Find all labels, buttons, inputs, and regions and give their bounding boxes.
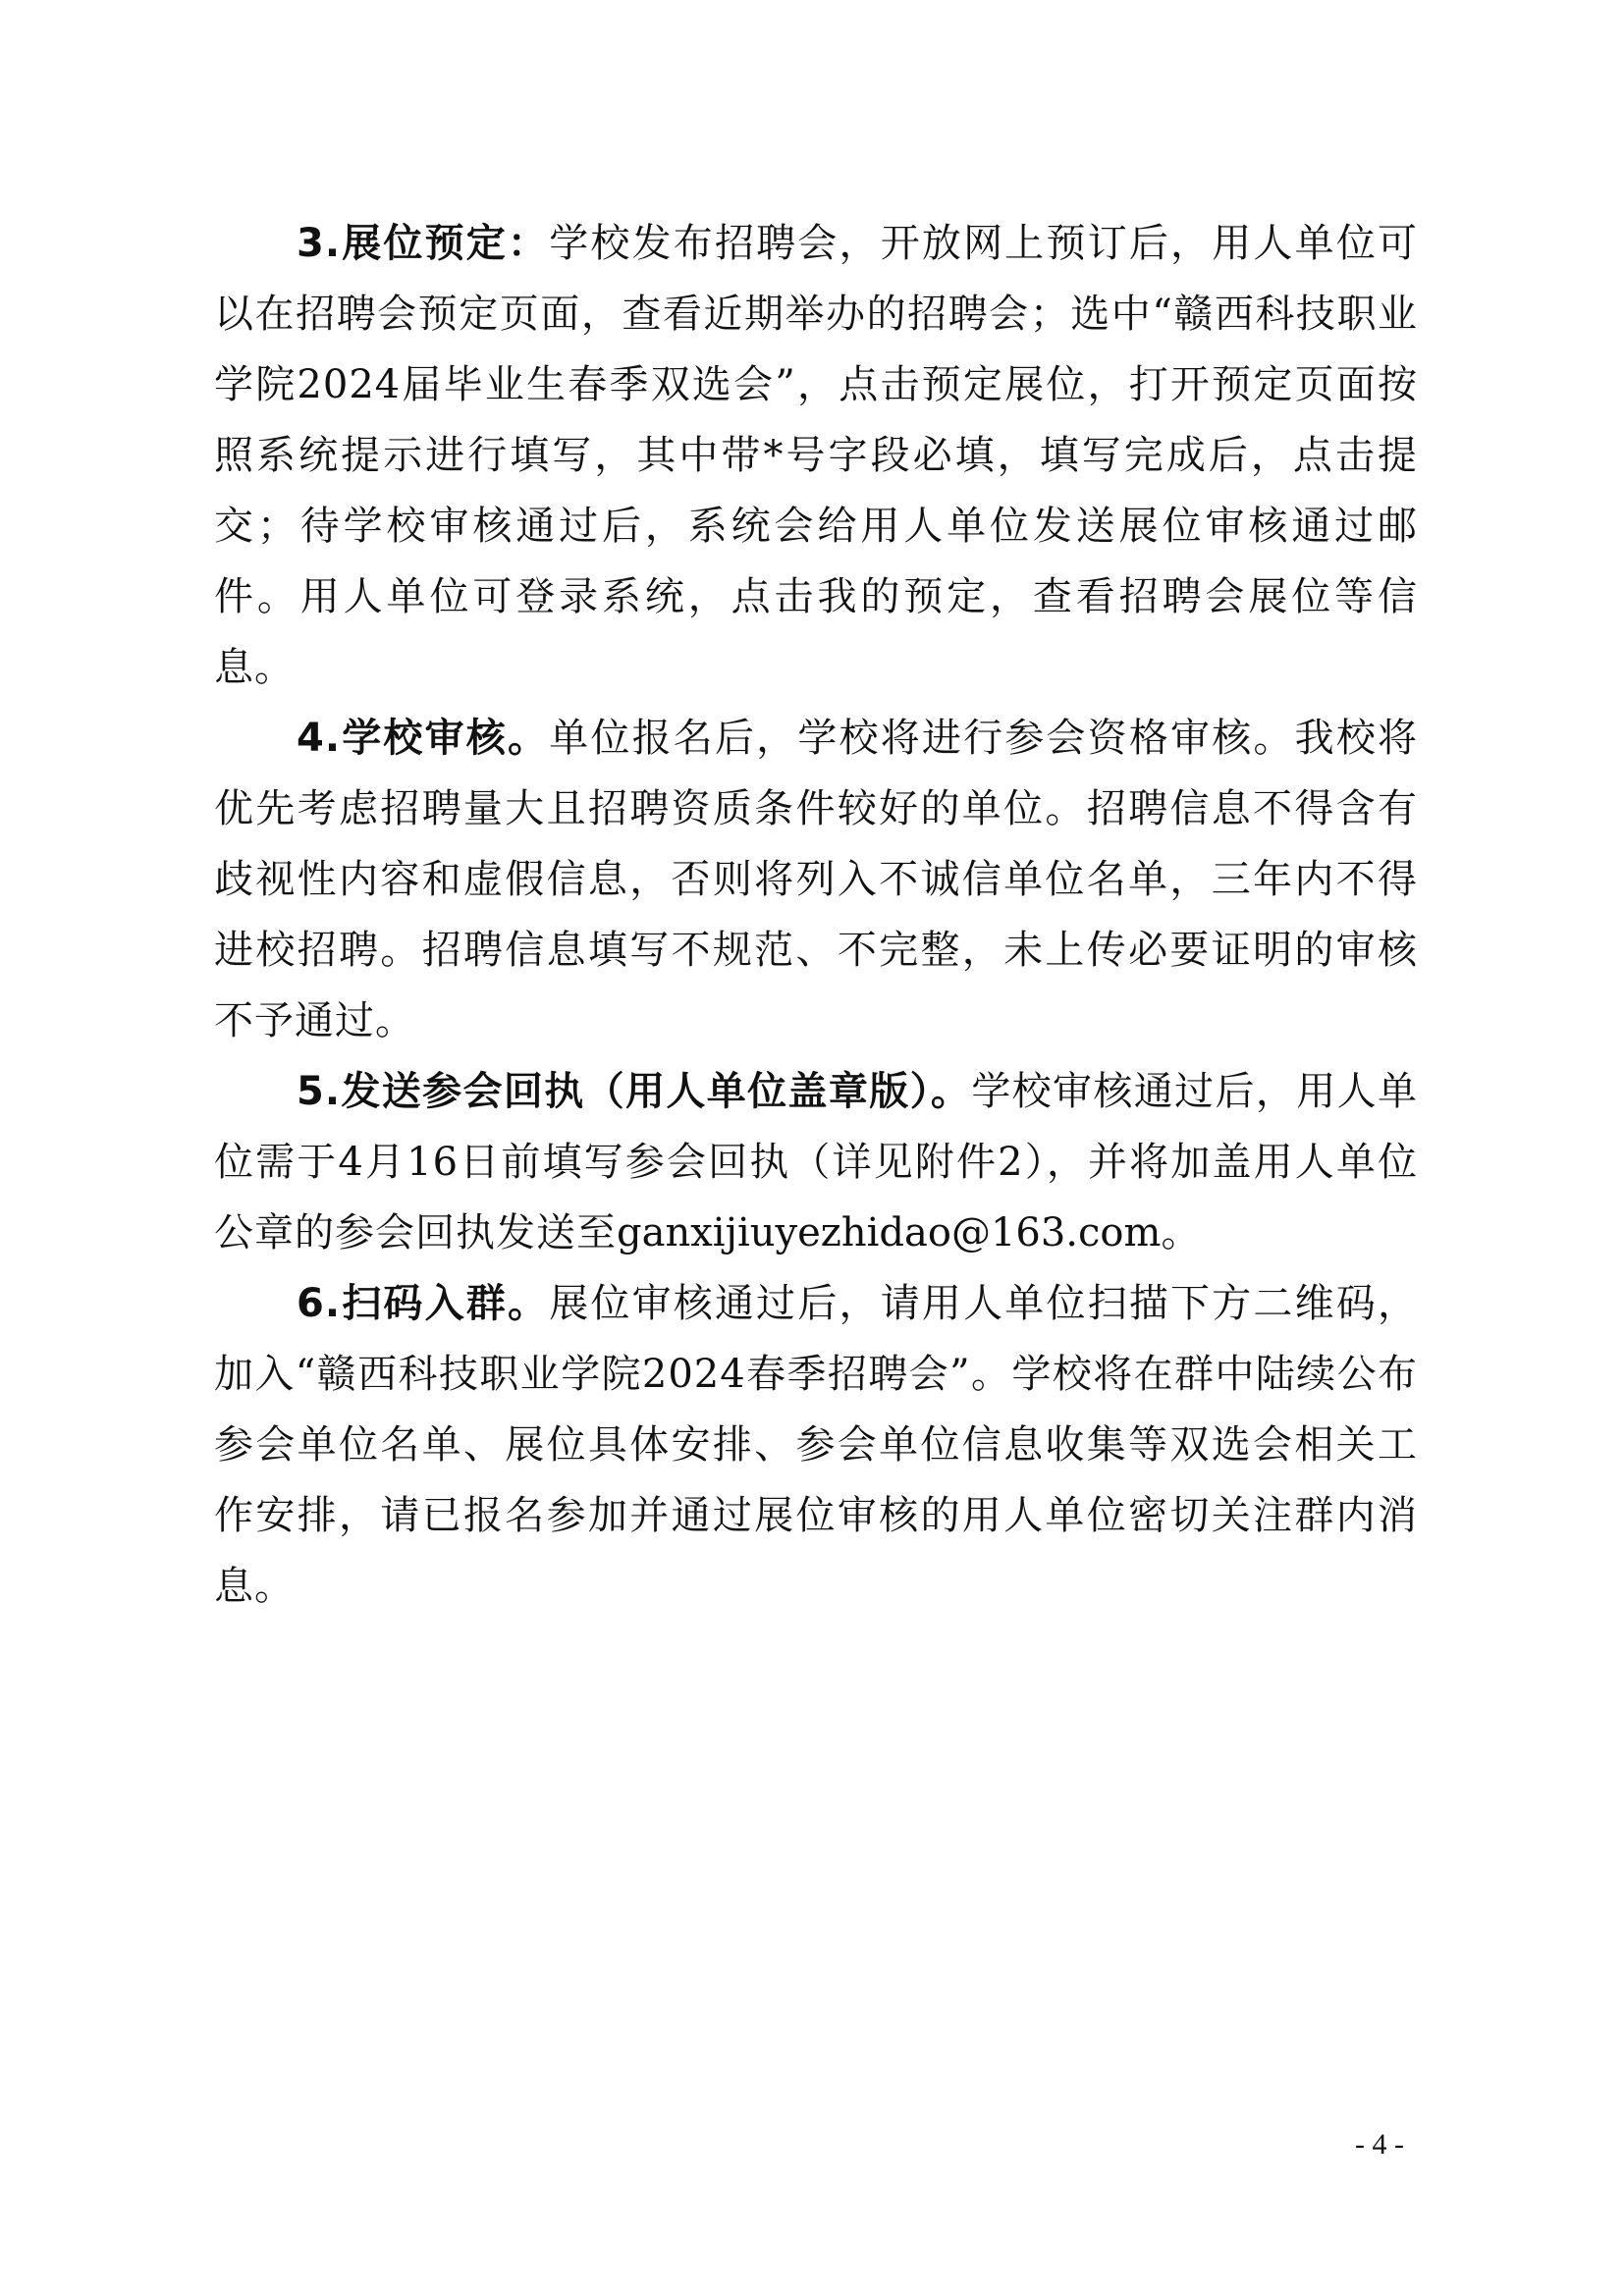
section-booth-reservation: 3.展位预定：学校发布招聘会，开放网上预订后，用人单位可以在招聘会预定页面，查看… <box>214 208 1418 703</box>
section-body: 单位报名后，学校将进行参会资格审核。我校将优先考虑招聘量大且招聘资质条件较好的单… <box>214 716 1418 1043</box>
section-send-receipt: 5.发送参会回执（用人单位盖章版）。学校审核通过后，用人单位需于4月16日前填写… <box>214 1056 1418 1268</box>
section-body: 展位审核通过后，请用人单位扫描下方二维码，加入“赣西科技职业学院2024春季招聘… <box>214 1281 1418 1609</box>
section-school-review: 4.学校审核。单位报名后，学校将进行参会资格审核。我校将优先考虑招聘量大且招聘资… <box>214 703 1418 1056</box>
section-join-group: 6.扫码入群。展位审核通过后，请用人单位扫描下方二维码，加入“赣西科技职业学院2… <box>214 1268 1418 1622</box>
page-number: - 4 - <box>1355 2128 1404 2162</box>
section-body-end: 。 <box>1161 1210 1201 1255</box>
document-page: 3.展位预定：学校发布招聘会，开放网上预订后，用人单位可以在招聘会预定页面，查看… <box>214 208 1418 1622</box>
contact-email: ganxijiuyezhidao@163.com <box>617 1210 1161 1255</box>
section-heading: 4.学校审核。 <box>297 716 549 761</box>
section-body: 学校发布招聘会，开放网上预订后，用人单位可以在招聘会预定页面，查看近期举办的招聘… <box>214 221 1418 690</box>
section-heading: 5.发送参会回执（用人单位盖章版）。 <box>297 1069 971 1114</box>
section-heading: 6.扫码入群。 <box>297 1281 549 1326</box>
section-heading: 3.展位预定： <box>297 221 549 266</box>
